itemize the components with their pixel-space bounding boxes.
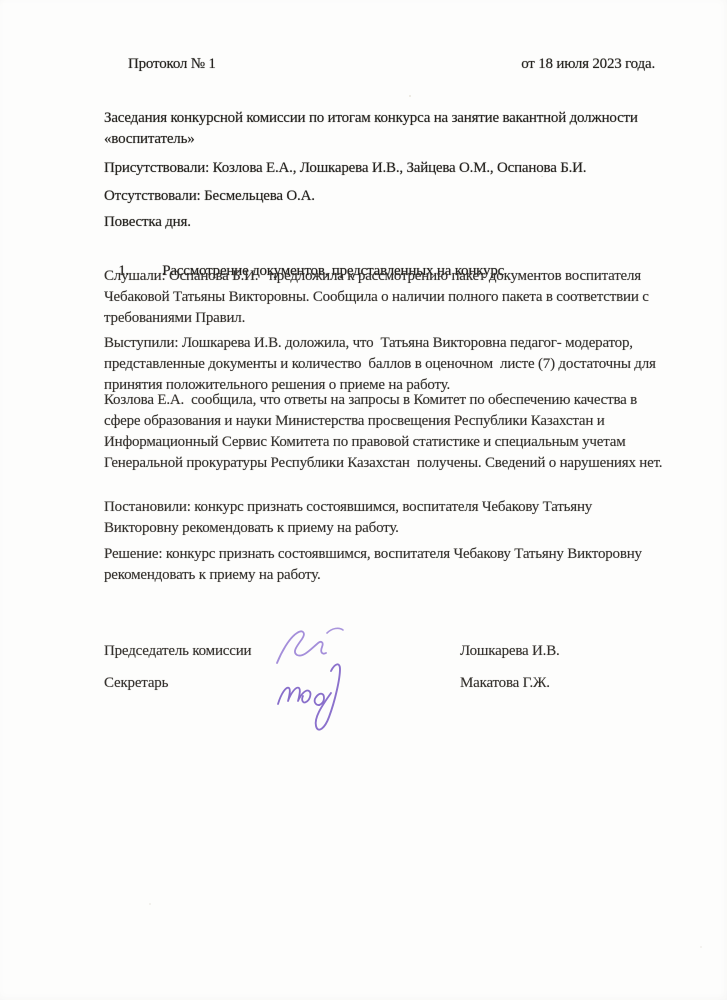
scan-speck	[149, 903, 151, 905]
text-line: требованиями Правил.	[104, 308, 649, 329]
text-line: сфере образования и науки Министерства п…	[104, 411, 662, 432]
text-line: Выступили: Лошкарева И.В. доложила, что …	[104, 333, 656, 354]
scan-speck	[409, 95, 411, 97]
text-line: Чебаковой Татьяны Викторовны. Сообщила о…	[104, 287, 649, 308]
attendees-absent-line: Отсутствовали: Бесмельцева О.А.	[104, 186, 315, 207]
document-title: Протокол № 1	[128, 54, 216, 75]
text-line: рекомендовать к приему на работу.	[104, 565, 642, 586]
text-line: Постановили: конкурс признать состоявшим…	[104, 497, 592, 518]
agenda-heading: Повестка дня.	[104, 212, 191, 233]
text-line: Слушали: Оспанова Б.И. предложила к расс…	[104, 266, 649, 287]
signature-name-chairman: Лошкарева И.В.	[460, 641, 560, 662]
paragraph-resolved: Постановили: конкурс признать состоявшим…	[104, 497, 592, 539]
text-line: «воспитатель»	[104, 129, 638, 150]
signature-name-secretary: Макатова Г.Ж.	[460, 673, 550, 694]
paragraph-kozlova-report: Козлова Е.А. сообщила, что ответы на зап…	[104, 390, 662, 474]
handwritten-signatures-ink	[270, 622, 354, 740]
paragraph-heard: Слушали: Оспанова Б.И. предложила к расс…	[104, 266, 649, 329]
attendees-present-line: Присутствовали: Козлова Е.А., Лошкарева …	[104, 158, 586, 179]
text-line: Генеральной прокуратуры Республики Казах…	[104, 453, 662, 474]
text-line: Козлова Е.А. сообщила, что ответы на зап…	[104, 390, 662, 411]
text-line: Викторовну рекомендовать к приему на раб…	[104, 518, 592, 539]
scan-speck	[700, 946, 702, 948]
text-line: Заседания конкурсной комиссии по итогам …	[104, 108, 638, 129]
chairman-signature-stroke	[277, 628, 343, 663]
signature-role-chairman: Председатель комиссии	[104, 641, 251, 662]
text-line: представленные документы и количество ба…	[104, 354, 656, 375]
paragraph-decision: Решение: конкурс признать состоявшимся, …	[104, 544, 642, 586]
secretary-signature-stroke	[278, 664, 340, 729]
signature-role-secretary: Секретарь	[104, 673, 168, 694]
scan-speck	[541, 176, 543, 177]
scanned-protocol-document: Протокол № 1 от 18 июля 2023 года. Засед…	[0, 0, 727, 1000]
paragraph-spoke: Выступили: Лошкарева И.В. доложила, что …	[104, 333, 656, 396]
text-line: Информационный Сервис Комитета по правов…	[104, 432, 662, 453]
document-subject: Заседания конкурсной комиссии по итогам …	[104, 108, 638, 150]
document-date: от 18 июля 2023 года.	[521, 54, 655, 75]
text-line: Решение: конкурс признать состоявшимся, …	[104, 544, 642, 565]
